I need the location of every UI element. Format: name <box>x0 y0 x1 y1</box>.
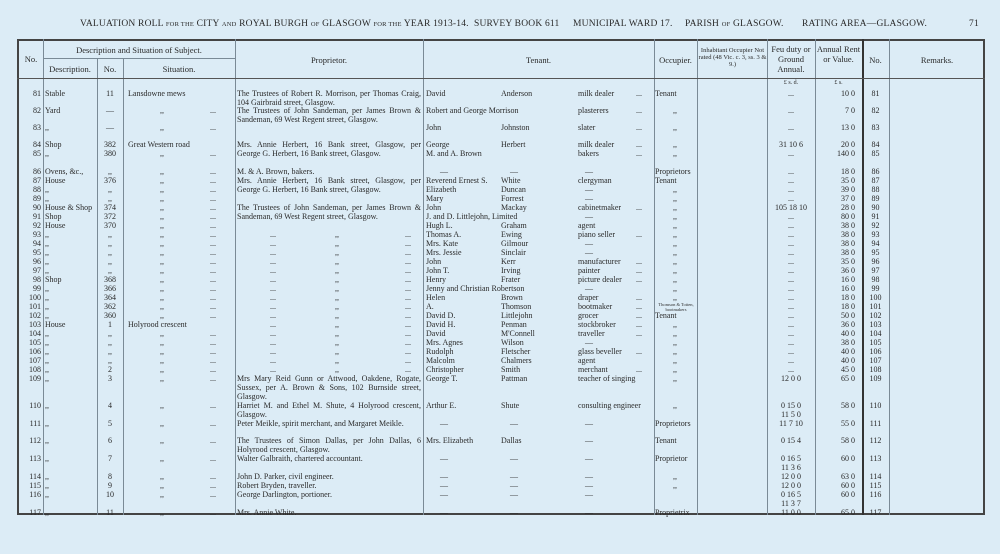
tenant-occupation: stockbroker <box>578 320 640 329</box>
leader-dots: ... <box>210 311 216 320</box>
row-number: 114 <box>19 472 41 481</box>
row-number-right: 87 <box>862 176 889 185</box>
description: Stable <box>45 89 97 98</box>
occupier: ,, <box>673 472 715 481</box>
tenant-last: Smith <box>501 365 571 374</box>
annual-rent: 60 0 <box>815 490 855 499</box>
street-number: 366 <box>97 284 123 293</box>
tenant-occupation: — <box>585 508 647 517</box>
row-number-right: 91 <box>862 212 889 221</box>
row-number-right: 114 <box>862 472 889 481</box>
proprietor-ditto: ... <box>270 293 276 302</box>
col-header-occupier: Occupier. <box>654 55 697 65</box>
tenant-last: Duncan <box>501 185 571 194</box>
row-number: 92 <box>19 221 41 230</box>
annual-rent: 50 0 <box>815 311 855 320</box>
tenant-last: — <box>510 472 580 481</box>
annual-rent: 35 0 <box>815 176 855 185</box>
row-number-right: 112 <box>862 436 889 445</box>
proprietor-ditto: ... <box>405 338 411 347</box>
row-number: 115 <box>19 481 41 490</box>
leader-dots: ... <box>636 320 652 329</box>
description: Yard <box>45 106 97 115</box>
occupier: ,, <box>673 239 715 248</box>
row-number: 86 <box>19 167 41 176</box>
proprietor-ditto: ,, <box>335 275 339 284</box>
row-number-right: 81 <box>862 89 889 98</box>
annual-rent: 36 0 <box>815 320 855 329</box>
tenant-occupation: — <box>585 185 647 194</box>
col-header-description: Description. <box>43 64 97 74</box>
row-number: 81 <box>19 89 41 98</box>
row-number-right: 106 <box>862 347 889 356</box>
tenant-last: M'Connell <box>501 329 571 338</box>
tenant-occupation: manufacturer <box>578 257 640 266</box>
feu-duty: 0 15 0 <box>767 401 815 410</box>
annual-rent: 63 0 <box>815 472 855 481</box>
row-number-right: 103 <box>862 320 889 329</box>
leader-dots: ... <box>210 329 216 338</box>
leader-dots: ... <box>210 365 216 374</box>
description: ,, <box>45 508 97 517</box>
row-number: 102 <box>19 311 41 320</box>
row-number: 95 <box>19 248 41 257</box>
annual-rent: 7 0 <box>815 106 855 115</box>
row-number: 116 <box>19 490 41 499</box>
occupier: Tenant <box>655 89 697 98</box>
row-number: 98 <box>19 275 41 284</box>
proprietor-ditto: ... <box>405 347 411 356</box>
row-number: 83 <box>19 123 41 132</box>
proprietor-entry: The Trustees of John Sandeman, per James… <box>237 106 421 124</box>
tenant-occupation: piano seller <box>578 230 640 239</box>
tenant-last: — <box>510 490 580 499</box>
description: ,, <box>45 338 97 347</box>
row-number-right: 111 <box>862 419 889 428</box>
annual-rent: 58 0 <box>815 436 855 445</box>
tenant-occupation: bootmaker <box>578 302 640 311</box>
occupier: ,, <box>673 266 715 275</box>
proprietor-entry: John D. Parker, civil engineer. <box>237 472 421 481</box>
proprietor-ditto: ,, <box>335 356 339 365</box>
occupier: ,, <box>673 203 715 212</box>
tenant-occupation: bakers <box>578 149 640 158</box>
leader-dots: ... <box>210 284 216 293</box>
leader-dots: ... <box>210 347 216 356</box>
tenant-last: Herbert <box>501 140 571 149</box>
street-number: ,, <box>97 194 123 203</box>
occupier: ,, <box>673 338 715 347</box>
proprietor-ditto: ... <box>405 356 411 365</box>
proprietor-entry: Mrs. Annie Herbert, 16 Bank street, Glas… <box>237 176 421 194</box>
occupier: Tenant <box>655 436 697 445</box>
feu-duty: 0 16 5 <box>767 490 815 499</box>
leader-dots: ... <box>636 347 652 356</box>
tenant-occupation: cabinetmaker <box>578 203 640 212</box>
proprietor-entry: The Trustees of Robert R. Morrison, per … <box>237 89 421 107</box>
tenant-occupation: — <box>585 436 647 445</box>
leader-dots: ... <box>210 194 216 203</box>
proprietor-ditto: ... <box>270 311 276 320</box>
description: House & Shop <box>45 203 97 212</box>
tenant-last: Littlejohn <box>501 311 571 320</box>
title-part: VALUATION ROLL <box>80 19 163 29</box>
description: ,, <box>45 472 97 481</box>
proprietor-ditto: ,, <box>335 230 339 239</box>
leader-dots: ... <box>210 302 216 311</box>
row-number: 109 <box>19 374 41 383</box>
leader-dots: ... <box>210 419 216 428</box>
situation: ,, <box>160 221 250 230</box>
row-number-right: 105 <box>862 338 889 347</box>
street-number: 2 <box>97 365 123 374</box>
feu-duty: 105 18 10 <box>767 203 815 212</box>
col-header-num: No. <box>97 64 123 74</box>
tenant-last: Irving <box>501 266 571 275</box>
col-header-rent: Annual Rent or Value. <box>815 44 862 64</box>
situation: ,, <box>160 266 250 275</box>
tenant-occupation: — <box>585 472 647 481</box>
row-number-right: 82 <box>862 106 889 115</box>
proprietor-entry: Mrs. Annie Herbert, 16 Bank street, Glas… <box>237 140 421 158</box>
row-number-right: 108 <box>862 365 889 374</box>
occupier: Proprietor <box>655 454 697 463</box>
row-number-right: 89 <box>862 194 889 203</box>
situation: ,, <box>160 123 250 132</box>
proprietor-ditto: ... <box>270 338 276 347</box>
occupier: ,, <box>673 365 715 374</box>
tenant-last: White <box>501 176 571 185</box>
proprietor-entry: The Trustees of Simon Dallas, per John D… <box>237 436 421 454</box>
tenant-last: Johnston <box>501 123 571 132</box>
row-number: 87 <box>19 176 41 185</box>
proprietor-ditto: ... <box>270 302 276 311</box>
tenant-occupation: clergyman <box>578 176 640 185</box>
row-number-right: 101 <box>862 302 889 311</box>
col-header-no: No. <box>19 54 43 64</box>
description: ,, <box>45 419 97 428</box>
row-number-right: 95 <box>862 248 889 257</box>
rent-units: £ s. <box>815 79 862 88</box>
leader-dots: ... <box>210 293 216 302</box>
leader-dots: ... <box>210 221 216 230</box>
annual-rent: 18 0 <box>815 293 855 302</box>
leader-dots: ... <box>636 230 652 239</box>
street-number: — <box>97 106 123 115</box>
occupier: Tenant <box>655 176 697 185</box>
row-number-right: 99 <box>862 284 889 293</box>
tenant-first: Robert and George Morrison <box>426 106 516 115</box>
feu-duty: ... <box>767 338 815 347</box>
occupier: Proprietors <box>655 167 697 176</box>
feu-duty: ... <box>767 356 815 365</box>
description: ,, <box>45 329 97 338</box>
proprietor-ditto: ,, <box>335 302 339 311</box>
situation: ,, <box>160 302 250 311</box>
proprietor-ditto: ... <box>405 293 411 302</box>
annual-rent: 18 0 <box>815 167 855 176</box>
proprietor-ditto: ... <box>405 248 411 257</box>
proprietor-ditto: ,, <box>335 293 339 302</box>
occupier: ,, <box>673 248 715 257</box>
situation: ,, <box>160 275 250 284</box>
leader-dots: ... <box>210 230 216 239</box>
occupier: ,, <box>673 149 715 158</box>
feu-duty-secondary: 11 3 7 <box>767 499 815 508</box>
row-number: 85 <box>19 149 41 158</box>
annual-rent: 60 0 <box>815 481 855 490</box>
leader-dots: ... <box>636 89 652 98</box>
leader-dots: ... <box>210 212 216 221</box>
feu-duty: ... <box>767 248 815 257</box>
situation: ,, <box>160 230 250 239</box>
tenant-occupation: — <box>585 490 647 499</box>
feu-duty-secondary: 11 5 0 <box>767 410 815 419</box>
street-number: ,, <box>97 239 123 248</box>
leader-dots: ... <box>210 167 216 176</box>
tenant-last: — <box>510 481 580 490</box>
feu-duty: 12 0 0 <box>767 472 815 481</box>
col-header-no2: No. <box>862 55 889 65</box>
proprietor-ditto: ,, <box>335 320 339 329</box>
annual-rent: 55 0 <box>815 419 855 428</box>
annual-rent: 80 0 <box>815 212 855 221</box>
annual-rent: 60 0 <box>815 454 855 463</box>
street-number: 380 <box>97 149 123 158</box>
feu-duty: ... <box>767 347 815 356</box>
row-number-right: 117 <box>862 508 889 517</box>
occupier: Proprietors <box>655 419 697 428</box>
row-number: 89 <box>19 194 41 203</box>
leader-dots: ... <box>636 311 652 320</box>
leader-dots: ... <box>636 329 652 338</box>
tenant-last: — <box>510 508 580 517</box>
feu-duty: ... <box>767 293 815 302</box>
proprietor-ditto: ... <box>405 302 411 311</box>
row-number: 103 <box>19 320 41 329</box>
description: House <box>45 176 97 185</box>
feu-duty: ... <box>767 123 815 132</box>
proprietor-ditto: ... <box>270 230 276 239</box>
tenant-occupation: teacher of singing <box>578 374 640 383</box>
situation: Holyrood crescent <box>128 320 218 329</box>
col-header-proprietor: Proprietor. <box>235 55 423 65</box>
situation: ,, <box>160 356 250 365</box>
proprietor-ditto: ,, <box>335 257 339 266</box>
tenant-occupation: — <box>585 454 647 463</box>
situation: ,, <box>160 248 250 257</box>
proprietor-ditto: ... <box>270 284 276 293</box>
annual-rent: 16 0 <box>815 275 855 284</box>
tenant-first: Jenny and Christian Robertson <box>426 284 516 293</box>
tenant-last: Kerr <box>501 257 571 266</box>
description: ,, <box>45 365 97 374</box>
annual-rent: 10 0 <box>815 89 855 98</box>
annual-rent: 20 0 <box>815 140 855 149</box>
street-number: 7 <box>97 454 123 463</box>
leader-dots: ... <box>210 203 216 212</box>
street-number: 362 <box>97 302 123 311</box>
tenant-last: Chalmers <box>501 356 571 365</box>
occupier: ,, <box>673 140 715 149</box>
description: House <box>45 320 97 329</box>
street-number: 372 <box>97 212 123 221</box>
annual-rent: 65 0 <box>815 508 855 517</box>
street-number: 370 <box>97 221 123 230</box>
situation: ,, <box>160 257 250 266</box>
row-number-right: 85 <box>862 149 889 158</box>
feu-duty: ... <box>767 365 815 374</box>
leader-dots: ... <box>210 436 216 445</box>
tenant-occupation: grocer <box>578 311 640 320</box>
tenant-occupation: picture dealer <box>578 275 640 284</box>
proprietor-entry: The Trustees of John Sandeman, per James… <box>237 203 421 221</box>
title-part: YEAR 1913-14. <box>404 19 469 29</box>
title-part: OF <box>311 21 320 28</box>
feu-duty: 0 15 4 <box>767 436 815 445</box>
title-part: CITY <box>197 19 220 29</box>
row-number-right: 104 <box>862 329 889 338</box>
leader-dots: ... <box>210 401 216 410</box>
parish-part: PARISH <box>685 19 719 29</box>
parish: PARISH OF GLASGOW. <box>685 19 784 29</box>
feu-duty: ... <box>767 167 815 176</box>
proprietor-ditto: ... <box>405 275 411 284</box>
annual-rent: 16 0 <box>815 284 855 293</box>
survey-book: SURVEY BOOK 611 <box>474 19 559 29</box>
annual-rent: 140 0 <box>815 149 855 158</box>
street-number: ,, <box>97 329 123 338</box>
tenant-last: — <box>510 419 580 428</box>
annual-rent: 38 0 <box>815 338 855 347</box>
situation: ,, <box>160 284 250 293</box>
street-number: 374 <box>97 203 123 212</box>
proprietor-ditto: ... <box>405 230 411 239</box>
row-number-right: 110 <box>862 401 889 410</box>
street-number: ,, <box>97 257 123 266</box>
annual-rent: 35 0 <box>815 257 855 266</box>
occupier: ,, <box>673 275 715 284</box>
leader-dots: ... <box>210 257 216 266</box>
tenant-last: Anderson <box>501 89 571 98</box>
col-rule <box>43 39 44 515</box>
description: ,, <box>45 230 97 239</box>
row-number: 88 <box>19 185 41 194</box>
proprietor-ditto: ... <box>270 239 276 248</box>
description: ,, <box>45 239 97 248</box>
feu-duty: ... <box>767 320 815 329</box>
row-number-right: 96 <box>862 257 889 266</box>
leader-dots: ... <box>210 472 216 481</box>
leader-dots: ... <box>636 365 652 374</box>
street-number: ,, <box>97 266 123 275</box>
feu-duty: ... <box>767 275 815 284</box>
leader-dots: ... <box>210 374 216 383</box>
tenant-first: M. and A. Brown <box>426 149 516 158</box>
tenant-last: Dallas <box>501 436 571 445</box>
street-number: 3 <box>97 374 123 383</box>
proprietor-ditto: ... <box>270 329 276 338</box>
title-part: AND <box>222 21 237 28</box>
occupier: ,, <box>673 356 715 365</box>
occupier: ,, <box>673 185 715 194</box>
tenant-occupation: glass beveller <box>578 347 640 356</box>
annual-rent: 39 0 <box>815 185 855 194</box>
annual-rent: 37 0 <box>815 194 855 203</box>
row-number: 93 <box>19 230 41 239</box>
title-part: ROYAL BURGH <box>239 19 308 29</box>
tenant-last: Ewing <box>501 230 571 239</box>
row-number-right: 116 <box>862 490 889 499</box>
street-number: 9 <box>97 481 123 490</box>
description: Shop <box>45 275 97 284</box>
row-number-right: 86 <box>862 167 889 176</box>
feu-duty: ... <box>767 266 815 275</box>
row-number-right: 102 <box>862 311 889 320</box>
col-rule <box>423 39 424 515</box>
tenant-first: J. and D. Littlejohn, Limited <box>426 212 516 221</box>
row-number-right: 97 <box>862 266 889 275</box>
tenant-last: Frater <box>501 275 571 284</box>
title-part: GLASGOW <box>322 19 371 29</box>
row-number: 96 <box>19 257 41 266</box>
annual-rent: 65 0 <box>815 374 855 383</box>
proprietor-ditto: ... <box>405 257 411 266</box>
street-number: 382 <box>97 140 123 149</box>
proprietor-entry: Mrs Mary Reid Gunn or Attwood, Oakdene, … <box>237 374 421 401</box>
row-number: 106 <box>19 347 41 356</box>
annual-rent: 18 0 <box>815 302 855 311</box>
street-number: ,, <box>97 347 123 356</box>
occupier: ,, <box>673 347 715 356</box>
description: ,, <box>45 436 97 445</box>
street-number: 11 <box>97 508 123 517</box>
leader-dots: ... <box>210 185 216 194</box>
occupier: Proprietrix <box>655 508 697 517</box>
proprietor-entry: Walter Galbraith, chartered accountant. <box>237 454 421 463</box>
description: ,, <box>45 401 97 410</box>
row-number-right: 100 <box>862 293 889 302</box>
leader-dots: ... <box>210 454 216 463</box>
row-number-right: 90 <box>862 203 889 212</box>
situation: ,, <box>160 365 250 374</box>
proprietor-ditto: ... <box>270 356 276 365</box>
proprietor-ditto: ... <box>405 239 411 248</box>
feu-duty: ... <box>767 311 815 320</box>
tenant-last: Fletscher <box>501 347 571 356</box>
leader-dots: ... <box>636 203 652 212</box>
feu-duty: ... <box>767 106 815 115</box>
feu-duty: ... <box>767 221 815 230</box>
tenant-last: Thomson <box>501 302 571 311</box>
tenant-last: Shute <box>501 401 571 410</box>
description: House <box>45 221 97 230</box>
tenant-last: Sinclair <box>501 248 571 257</box>
proprietor-ditto: ... <box>405 311 411 320</box>
leader-dots: ... <box>636 149 652 158</box>
feu-duty: 0 16 5 <box>767 454 815 463</box>
row-number: 94 <box>19 239 41 248</box>
leader-dots: ... <box>636 302 652 311</box>
proprietor-entry: Robert Bryden, traveller. <box>237 481 421 490</box>
street-number: 360 <box>97 311 123 320</box>
description: ,, <box>45 481 97 490</box>
feu-duty: 12 0 0 <box>767 374 815 383</box>
description: Ovens, &c., <box>45 167 97 176</box>
tenant-occupation: slater <box>578 123 640 132</box>
feu-duty: ... <box>767 284 815 293</box>
proprietor-ditto: ,, <box>335 347 339 356</box>
